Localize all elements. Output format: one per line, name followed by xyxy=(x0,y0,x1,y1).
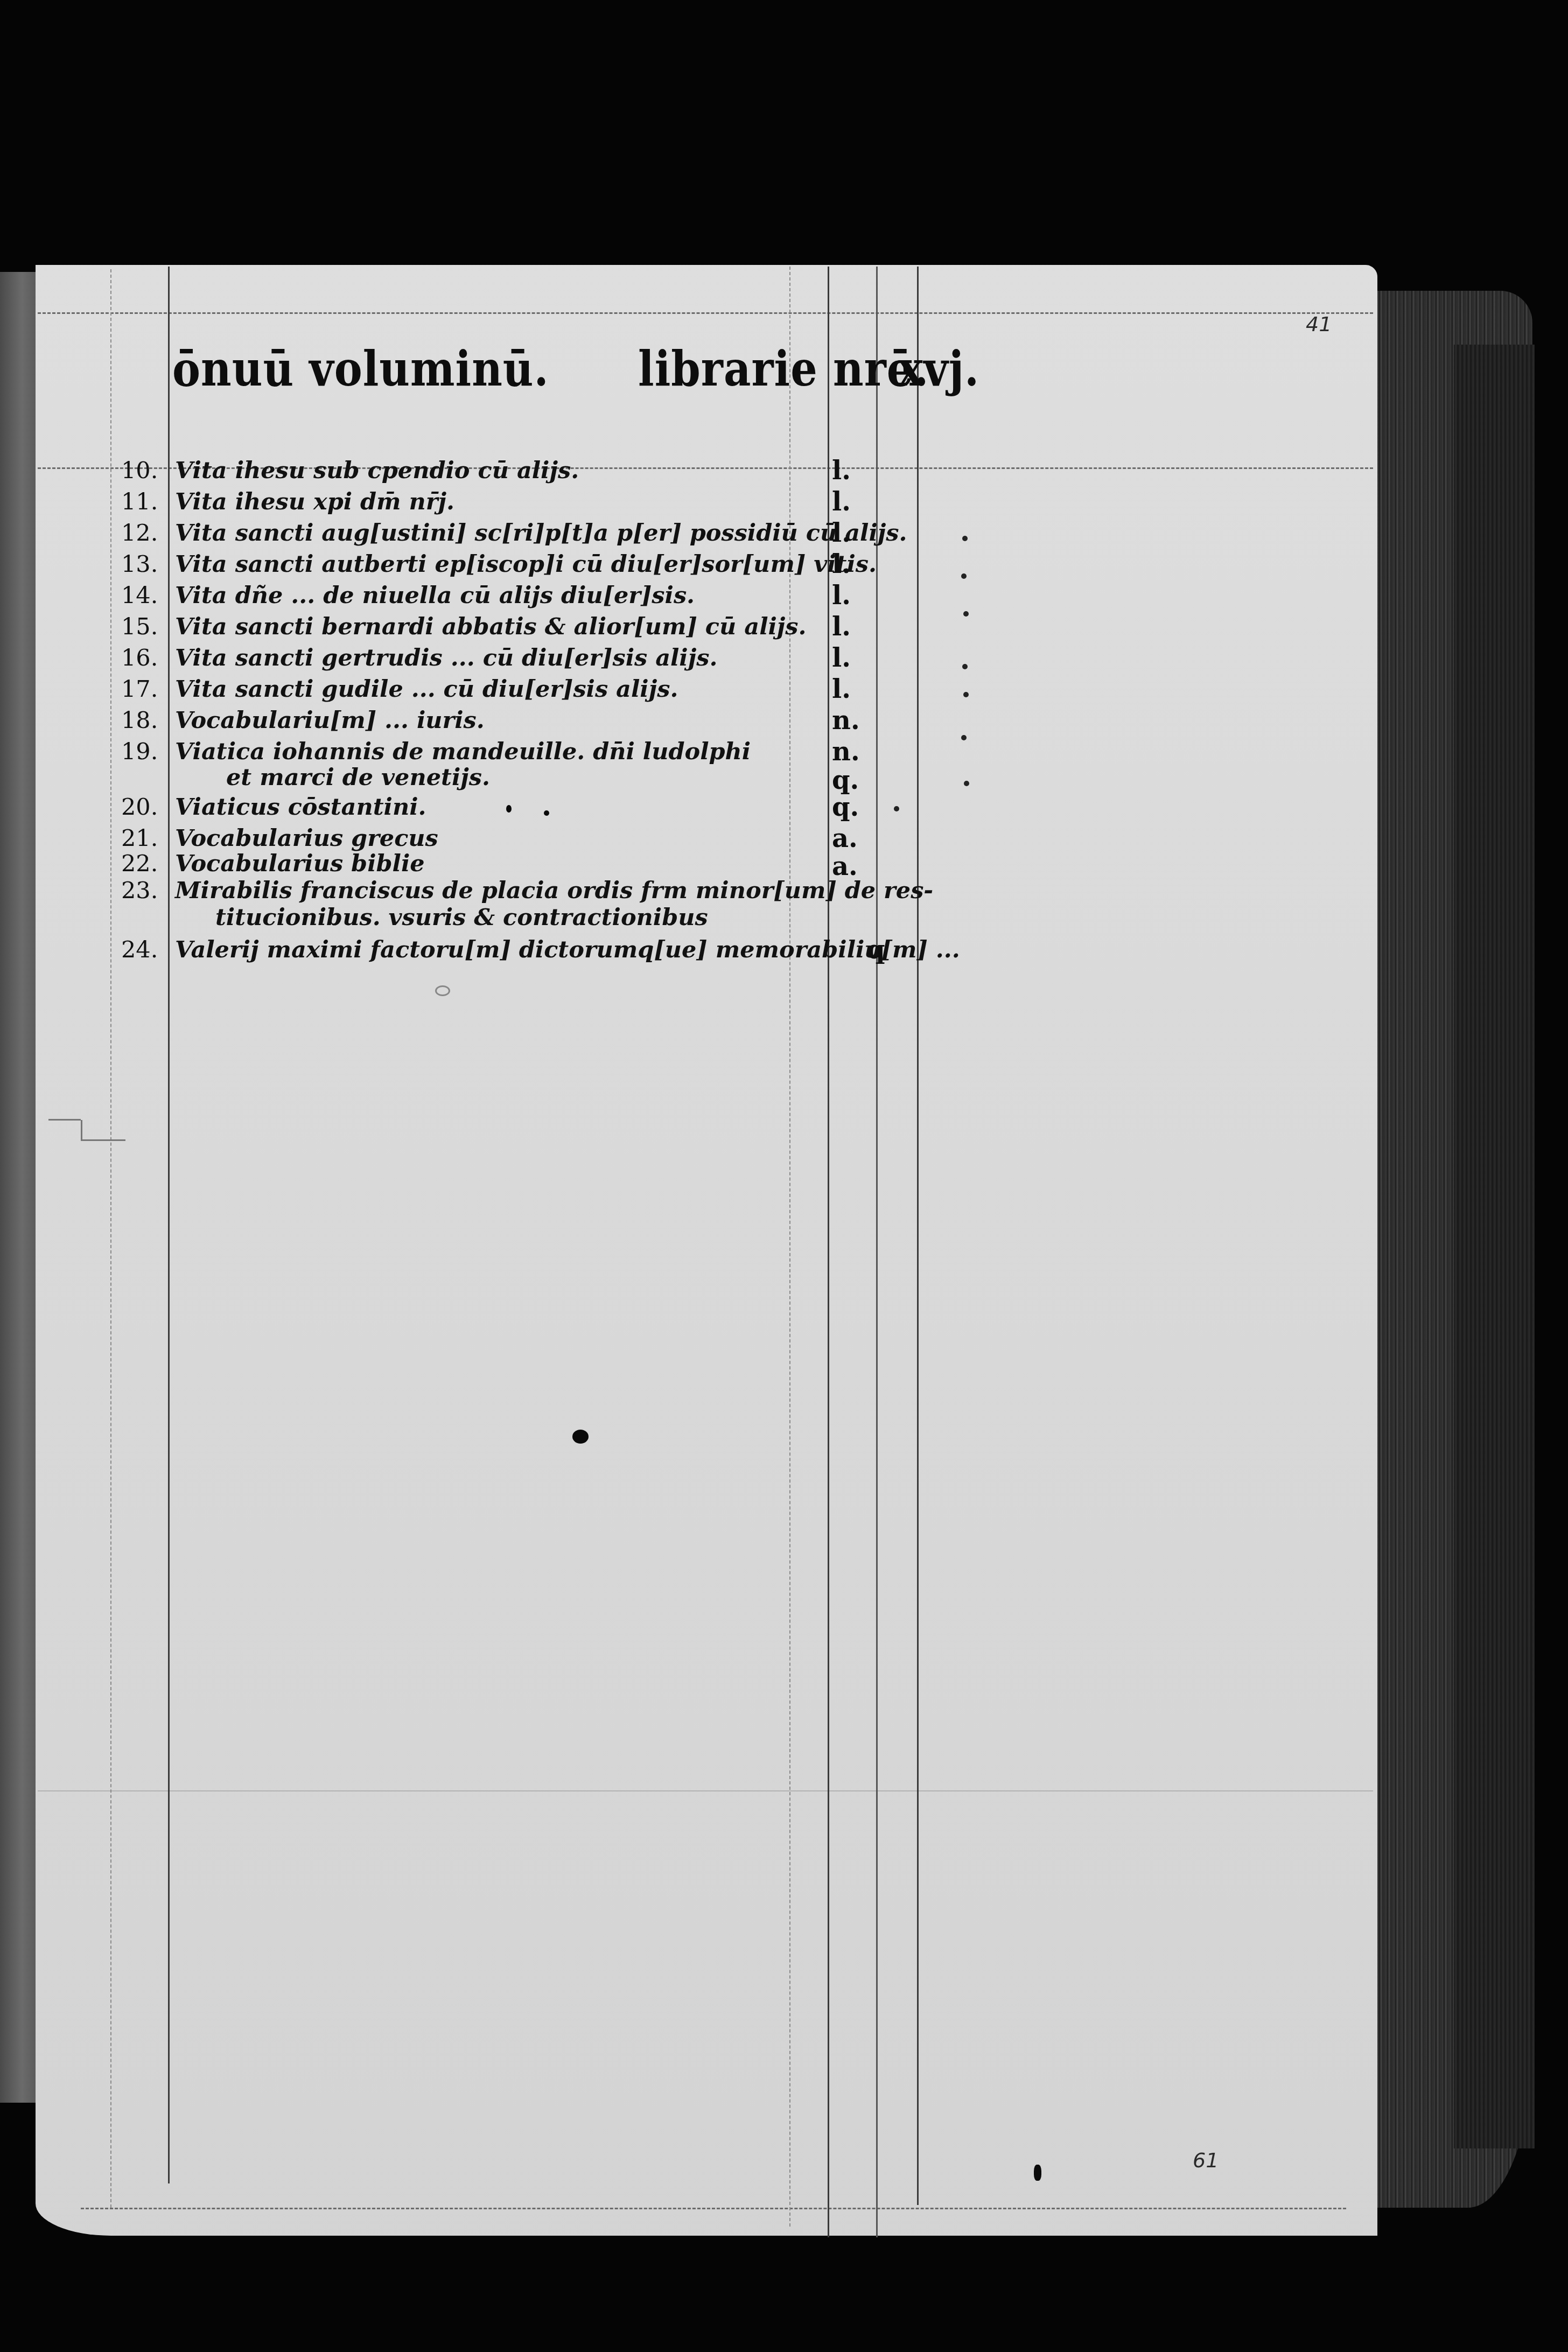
shelf-mark: l. xyxy=(832,611,864,642)
entry-number: 15. xyxy=(121,611,175,642)
catalogue-entry: 20.Viaticus cōstantini. xyxy=(121,792,426,823)
entry-title: Vita sancti aug[ustini] sc[ri]p[t]a p[er… xyxy=(175,520,907,547)
tally-dot xyxy=(962,664,968,669)
entry-title: Vocabularius biblie xyxy=(175,850,425,877)
entry-number: 18. xyxy=(121,705,175,736)
shelf-mark: q. xyxy=(832,792,864,823)
catalogue-entry: 11.Vita ihesu xpi dm̄ nr̄j. xyxy=(121,486,454,517)
entry-number: 11. xyxy=(121,486,175,517)
entry-number: 10. xyxy=(121,455,175,486)
entry-title: Vita dñe ... de niuella cū alijs diu[er]… xyxy=(175,582,695,609)
entry-title: Vita sancti autberti ep[iscop]i cū diu[e… xyxy=(175,551,877,578)
small-circle-mark xyxy=(435,985,450,996)
shelf-mark: n. xyxy=(832,705,864,736)
entry-title: Vita sancti gertrudis ... cū diu[er]sis … xyxy=(175,645,717,671)
tally-dot xyxy=(961,573,967,579)
ruling-line-foot xyxy=(81,2208,1346,2209)
tally-dot xyxy=(894,806,899,811)
shelf-mark: l. xyxy=(832,517,864,549)
book-cover-edge xyxy=(1454,345,1535,2148)
ink-blot xyxy=(506,805,512,813)
entry-number: 16. xyxy=(121,642,175,674)
catalogue-entry: 13.Vita sancti autberti ep[iscop]i cū di… xyxy=(121,549,877,580)
catalogue-entry: 17.Vita sancti gudile ... cū diu[er]sis … xyxy=(121,674,678,705)
entry-title: Mirabilis franciscus de placia ordis frm… xyxy=(175,877,933,904)
shelf-mark: n. xyxy=(832,736,864,767)
entry-number: 12. xyxy=(121,517,175,549)
header-middle: librarie nrē. xyxy=(638,341,929,397)
entry-number: 19. xyxy=(121,736,175,767)
ruling-line-top xyxy=(38,312,1373,314)
shelf-mark: q xyxy=(867,934,899,965)
entry-number: 20. xyxy=(121,792,175,823)
column-rule-4 xyxy=(917,267,919,2205)
catalogue-entry: 24.Valerij maximi factoru[m] dictorumq[u… xyxy=(121,934,960,965)
entry-title: titucionibus. vsuris & contractionibus xyxy=(215,904,708,931)
entry-number: 24. xyxy=(121,934,175,965)
shelf-mark: a. xyxy=(832,823,864,854)
entry-number: 23. xyxy=(121,875,175,906)
tally-dot xyxy=(963,692,969,697)
tally-dot xyxy=(961,735,967,740)
catalogue-entry: 18.Vocabulariu[m] ... iuris. xyxy=(121,705,485,736)
catalogue-entry: 15.Vita sancti bernardi abbatis & alior[… xyxy=(121,611,807,642)
ruling-line-bottom xyxy=(38,1790,1373,1791)
entry-title: Viaticus cōstantini. xyxy=(175,794,426,821)
catalogue-entry: 10.Vita ihesu sub cpendio cū alijs. xyxy=(121,455,579,486)
entry-number: 14. xyxy=(121,580,175,611)
tally-dot xyxy=(964,781,969,786)
entry-number: 17. xyxy=(121,674,175,705)
ink-blot xyxy=(1034,2165,1041,2181)
folio-number-bottom: 61 xyxy=(1193,2148,1219,2172)
ink-blot xyxy=(544,810,549,816)
margin-rule-outer xyxy=(110,269,111,2208)
entry-number: 13. xyxy=(121,549,175,580)
shelf-mark: l. xyxy=(832,455,864,486)
ink-blot xyxy=(572,1430,589,1444)
pencil-mark xyxy=(48,1119,81,1137)
catalogue-entry-continuation: et marci de venetijs. xyxy=(226,762,490,793)
shelf-mark: l. xyxy=(832,674,864,705)
catalogue-entry: 14.Vita dñe ... de niuella cū alijs diu[… xyxy=(121,580,695,611)
entry-title: Vita ihesu xpi dm̄ nr̄j. xyxy=(175,488,454,515)
catalogue-entry-continuation: titucionibus. vsuris & contractionibus xyxy=(215,902,708,933)
entry-title: Viatica iohannis de mandeuille. dn̄i lud… xyxy=(175,738,751,765)
tally-dot xyxy=(963,611,969,617)
catalogue-entry: 12.Vita sancti aug[ustini] sc[ri]p[t]a p… xyxy=(121,517,907,549)
folio-number-top: 41 xyxy=(1306,312,1332,336)
shelf-mark: l. xyxy=(832,642,864,674)
pencil-mark xyxy=(81,1120,125,1141)
header-right: xvj. xyxy=(898,341,979,397)
binding-gutter xyxy=(0,272,37,2103)
entry-title: Vita sancti gudile ... cū diu[er]sis ali… xyxy=(175,676,678,703)
entry-title: Vita sancti bernardi abbatis & alior[um]… xyxy=(175,613,807,640)
entry-title: et marci de venetijs. xyxy=(226,764,490,791)
shelf-mark: l. xyxy=(832,486,864,517)
header-left: ōnuū voluminū. xyxy=(172,341,549,397)
entry-title: Vocabulariu[m] ... iuris. xyxy=(175,707,485,734)
catalogue-entry: 16.Vita sancti gertrudis ... cū diu[er]s… xyxy=(121,642,717,674)
entry-title: Vita ihesu sub cpendio cū alijs. xyxy=(175,457,579,484)
tally-dot xyxy=(962,536,968,541)
entry-title: Valerij maximi factoru[m] dictorumq[ue] … xyxy=(175,936,960,963)
shelf-mark: l. xyxy=(832,580,864,611)
shelf-mark: l. xyxy=(832,549,864,580)
